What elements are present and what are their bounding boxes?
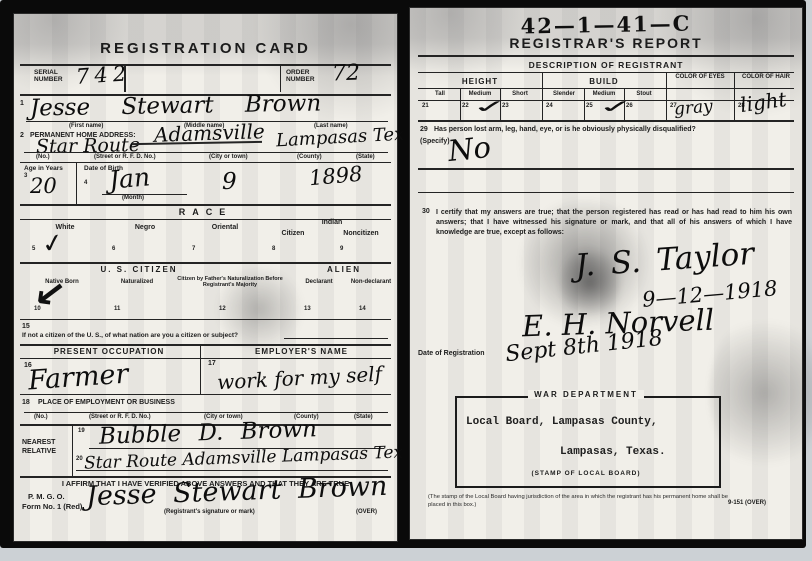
scan-background: REGISTRATION CARD SERIAL NUMBER 742 ORDE… [0, 0, 806, 548]
address-sublabel: (Street or R. F. D. No.) [94, 154, 156, 161]
date-of-registration-label: Date of Registration [418, 350, 485, 357]
alien-option-non-declarant: Non-declarant [348, 279, 394, 286]
citizen-option-number: 13 [304, 306, 311, 313]
dob-month-value: Jan [108, 162, 151, 194]
citizen-option-naturalized: Naturalized [106, 279, 168, 286]
order-number-value: 72 [332, 61, 361, 87]
form-org: P. M. G. O. [28, 492, 65, 501]
description-header: DESCRIPTION OF REGISTRANT [410, 60, 802, 70]
over-note: (OVER) [356, 509, 377, 516]
native-born-check-arrow-icon: ↙ [31, 270, 69, 318]
rule [20, 204, 391, 206]
dob-day-value: 9 [222, 169, 237, 195]
q30-number: 30 [422, 208, 430, 216]
build-medium-check-icon: ✓ [595, 97, 637, 118]
race-option-oriental: Oriental [189, 224, 261, 232]
alien-option-declarant: Declarant [294, 279, 344, 286]
race-option-number: 8 [272, 246, 275, 253]
rule [418, 192, 794, 193]
rule [72, 424, 73, 476]
rule [418, 55, 794, 57]
address-part-county-state: Lampasas Tex [276, 124, 405, 152]
col-number: 24 [546, 103, 553, 110]
race-option-indian-noncitizen: Noncitizen [330, 230, 392, 238]
registration-card: REGISTRATION CARD SERIAL NUMBER 742 ORDE… [14, 14, 397, 541]
citizen-option-number: 11 [114, 306, 120, 313]
dob-year-value: 1898 [308, 162, 363, 191]
age-value: 20 [30, 174, 57, 198]
rule [734, 72, 735, 120]
height-medium-check-icon: ✓ [469, 97, 511, 118]
citizen-option-number: 12 [219, 306, 226, 313]
q15-number: 15 [22, 323, 30, 331]
height-header: HEIGHT [420, 77, 540, 86]
relative-name-number: 19 [78, 428, 85, 435]
race-option-number: 9 [340, 246, 343, 253]
nearest-relative-label-line1: NEAREST [22, 438, 56, 447]
rule [460, 88, 461, 120]
race-option-number: 6 [112, 246, 115, 253]
employer-field-number: 17 [208, 360, 216, 368]
war-department-title: WAR DEPARTMENT [455, 390, 717, 399]
citizen-option-by-father: Citizen by Father's Naturalization Befor… [174, 276, 286, 289]
local-board-line1: Local Board, Lampasas County, [466, 416, 657, 428]
rule [418, 72, 794, 73]
registrars-report-card: 42—1—41—C REGISTRAR'S REPORT DESCRIPTION… [410, 8, 802, 539]
rule [76, 162, 77, 204]
registrant-name-value: Jesse Stewart Brown [30, 90, 322, 121]
build-slender-label: Slender [544, 91, 584, 98]
serial-number-label-line1: SERIAL [34, 69, 63, 76]
scanned-draft-card-page: { "registration_card": { "title": "REGIS… [0, 0, 812, 561]
form-number: Form No. 1 (Red) [22, 502, 82, 511]
scan-smudge [710, 308, 812, 478]
q15-text: If not a citizen of the U. S., of what n… [22, 332, 302, 339]
race-option-number: 7 [192, 246, 195, 253]
q29-answer-value: No [446, 130, 492, 168]
eye-color-value: gray [673, 96, 713, 119]
address-field-number: 2 [20, 132, 24, 140]
rule [200, 344, 201, 394]
report-title: REGISTRAR'S REPORT [410, 35, 802, 51]
first-name-sublabel: (First name) [69, 123, 103, 130]
race-option-number: 5 [32, 246, 35, 253]
address-sublabel: (No.) [36, 154, 50, 161]
employer-header: EMPLOYER'S NAME [209, 347, 394, 356]
height-tall-label: Tall [420, 91, 460, 98]
rule [20, 344, 391, 346]
race-header: RACE [14, 207, 397, 217]
age-label: Age in Years [24, 165, 63, 172]
local-board-line2: Lampasas, Texas. [560, 446, 666, 458]
age-field-number: 3 [24, 173, 27, 180]
serial-number-label-line2: NUMBER [34, 76, 63, 83]
eyes-header: COLOR OF EYES [668, 74, 732, 81]
q29-specify-label: (Specify) [420, 138, 450, 146]
employment-sublabel: (No.) [34, 414, 48, 421]
rule [20, 358, 391, 359]
employment-place-label: PLACE OF EMPLOYMENT OR BUSINESS [38, 399, 175, 406]
rule [24, 152, 388, 153]
relative-address-number: 20 [76, 456, 83, 463]
rule [102, 194, 187, 195]
employer-value: work for my self [216, 362, 382, 395]
hair-color-value: light [739, 87, 788, 117]
rule [284, 338, 388, 339]
relative-name-value: Bubble D. Brown [99, 416, 318, 450]
name-field-number: 1 [20, 100, 24, 108]
rule [418, 88, 794, 89]
rule [20, 394, 391, 395]
employment-sublabel: (State) [354, 414, 373, 421]
address-sublabel: (County) [297, 154, 322, 161]
report-form-note: 9-151 (OVER) [728, 500, 766, 507]
col-number: 22 [462, 103, 469, 110]
build-header: BUILD [544, 77, 664, 86]
race-option-indian-citizen: Citizen [264, 230, 322, 238]
hair-header: COLOR OF HAIR [736, 74, 796, 81]
nearest-relative-label-line2: RELATIVE [22, 447, 56, 456]
q29-number: 29 [420, 126, 428, 134]
rule [418, 120, 794, 122]
rule [20, 319, 391, 320]
rule [666, 72, 667, 120]
rule [24, 412, 388, 413]
white-race-check-icon: ✓ [40, 227, 67, 260]
stamp-box-note: (The stamp of the Local Board having jur… [428, 494, 728, 510]
rule [20, 262, 391, 264]
col-number: 21 [422, 103, 429, 110]
employment-sublabel: (Street or R. F. D. No.) [89, 414, 151, 421]
address-sublabel: (City or town) [209, 154, 248, 161]
card-title: REGISTRATION CARD [14, 40, 397, 57]
employment-place-number: 18 [22, 399, 30, 407]
order-number-label-line2: NUMBER [286, 76, 315, 83]
rule [418, 168, 794, 170]
rule [542, 72, 543, 120]
occupation-header: PRESENT OCCUPATION [14, 347, 204, 356]
rule [76, 470, 388, 471]
col-number: 25 [586, 103, 593, 110]
rule [280, 66, 281, 92]
stamp-of-local-board-label: (STAMP OF LOCAL BOARD) [455, 470, 717, 477]
rule [124, 66, 126, 92]
signature-sublabel: (Registrant's signature or mark) [164, 509, 255, 516]
citizen-option-number: 14 [359, 306, 366, 313]
dob-field-number: 4 [84, 180, 87, 187]
occupation-value: Farmer [27, 359, 129, 397]
address-sublabel: (State) [356, 154, 375, 161]
rule [584, 88, 585, 120]
war-department-title-text: WAR DEPARTMENT [528, 390, 644, 399]
dob-month-sublabel: (Month) [122, 195, 144, 202]
race-indian-label: Indian [282, 219, 382, 227]
alien-header: ALIEN [294, 265, 394, 274]
order-number-label-line1: ORDER [286, 69, 315, 76]
q30-text: I certify that my answers are true; that… [436, 208, 792, 237]
race-option-negro: Negro [109, 224, 181, 232]
